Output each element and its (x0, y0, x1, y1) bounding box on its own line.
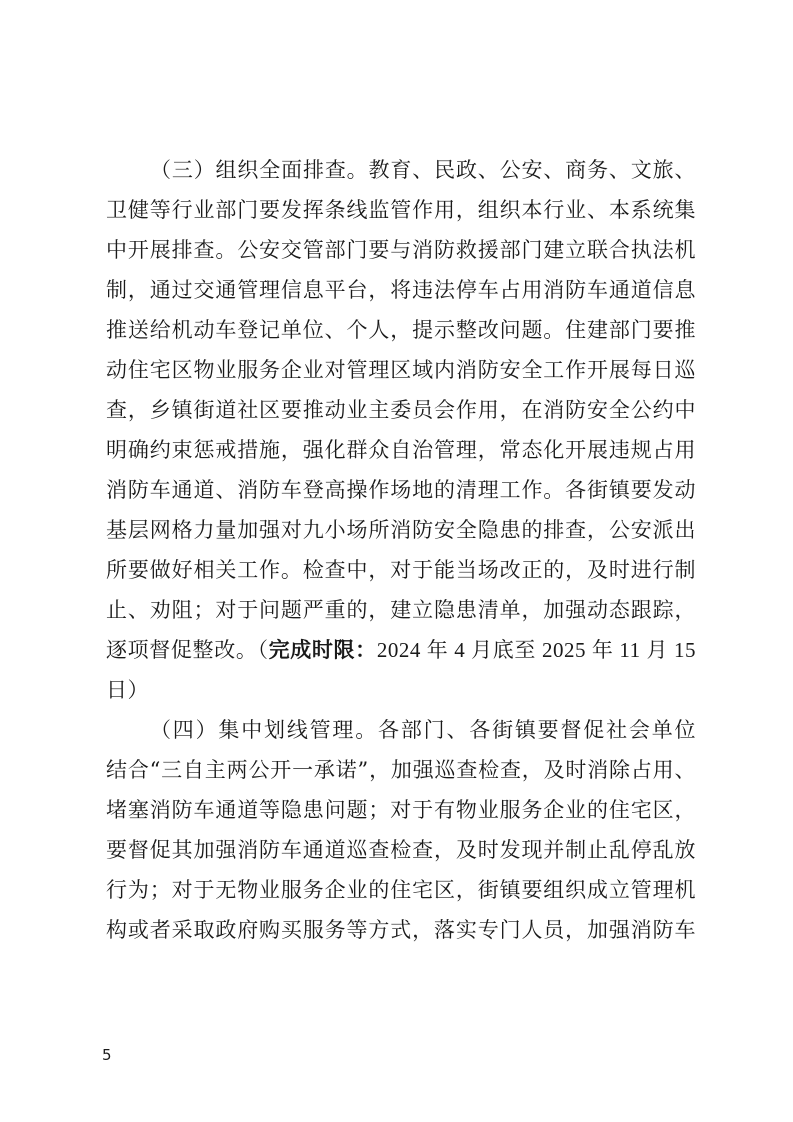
document-page: （三）组织全面排查。教育、民政、公安、商务、文旅、 卫健等行业部门要发挥条线监管… (0, 0, 793, 1122)
paragraph-3-line-3: 中开展排查。公安交管部门要与消防救援部门建立联合执法机 (106, 230, 696, 270)
paragraph-4-line-3: 堵塞消防车通道等隐患问题；对于有物业服务企业的住宅区， (106, 790, 696, 830)
deadline-label: 完成时限： (269, 637, 377, 662)
paragraph-3-line-4: 制，通过交通管理信息平台，将违法停车占用消防车通道信息 (106, 270, 696, 310)
deadline-prefix: 逐项督促整改。（ (106, 638, 269, 662)
paragraph-4-line-5: 行为；对于无物业服务企业的住宅区，街镇要组织成立管理机 (106, 870, 696, 910)
paragraph-3-line-7: 查，乡镇街道社区要推动业主委员会作用，在消防安全公约中 (106, 390, 696, 430)
paragraph-3-line-5: 推送给机动车登记单位、个人，提示整改问题。住建部门要推 (106, 310, 696, 350)
paragraph-3-line-6: 动住宅区物业服务企业对管理区域内消防安全工作开展每日巡 (106, 350, 696, 390)
paragraph-3-line-2: 卫健等行业部门要发挥条线监管作用，组织本行业、本系统集 (106, 190, 696, 230)
paragraph-3-deadline-line: 逐项督促整改。（完成时限：2024 年 4 月底至 2025 年 11 月 15 (106, 630, 696, 670)
paragraph-4-line-2: 结合“三自主两公开一承诺”，加强巡查检查，及时消除占用、 (106, 750, 696, 790)
paragraph-4-line-1: （四）集中划线管理。各部门、各街镇要督促社会单位 (150, 710, 696, 750)
paragraph-4-line-6: 构或者采取政府购买服务等方式，落实专门人员，加强消防车 (106, 910, 696, 950)
paragraph-3-line-11: 所要做好相关工作。检查中，对于能当场改正的，及时进行制 (106, 550, 696, 590)
paragraph-3-line-8: 明确约束惩戒措施，强化群众自治管理，常态化开展违规占用 (106, 430, 696, 470)
paragraph-3-tail-line: 日） (106, 670, 696, 710)
deadline-value: 2024 年 4 月底至 2025 年 11 月 15 (377, 638, 696, 662)
paragraph-3-line-12: 止、劝阻；对于问题严重的，建立隐患清单，加强动态跟踪， (106, 590, 696, 630)
paragraph-3-line-1: （三）组织全面排查。教育、民政、公安、商务、文旅、 (150, 150, 696, 190)
paragraph-3-line-9: 消防车通道、消防车登高操作场地的清理工作。各街镇要发动 (106, 470, 696, 510)
paragraph-4-line-4: 要督促其加强消防车通道巡查检查，及时发现并制止乱停乱放 (106, 830, 696, 870)
page-number: 5 (102, 1046, 112, 1064)
paragraph-3-line-10: 基层网格力量加强对九小场所消防安全隐患的排查，公安派出 (106, 510, 696, 550)
